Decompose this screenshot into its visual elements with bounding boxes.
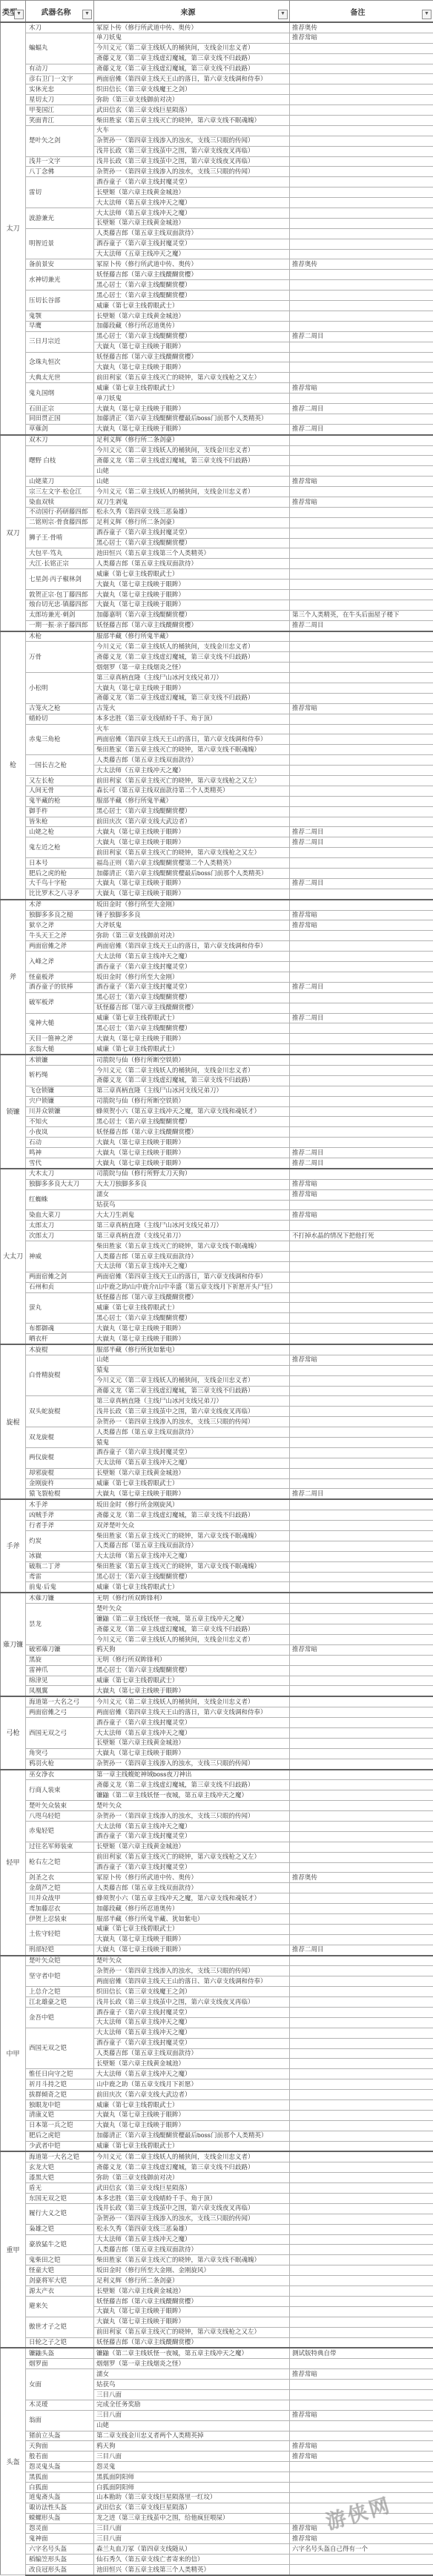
table-row: 鬼神大槌威廉（第七章主线碧眼武士）推荐二周目	[1, 1013, 433, 1023]
source-cell: 第三章真柄直隆（主线尸山冰河支线兄弟刀）	[94, 1396, 290, 1407]
table-row: 鬼左近之枪大嶽丸（第七章主线映于眼眸）推荐二周目	[1, 837, 433, 848]
table-row: 破军板斧黑心居士（第六章主线醍醐赏樱）	[1, 992, 433, 1003]
weapon-name-cell: 蜻蛉切	[26, 714, 94, 724]
note-cell	[290, 2214, 433, 2224]
note-cell	[290, 2028, 433, 2038]
note-cell	[290, 43, 433, 53]
table-row: 染血大菜刀大太刀生剥鬼推荐常暗	[1, 1210, 433, 1221]
weapon-name-cell: 角突弓	[26, 1748, 94, 1759]
source-cell: 妖怪藤吉郎（第六章主线醍醐赏樱）	[94, 1003, 290, 1013]
table-row: 大太刀大木太刀司箭院与仙（修行所野太刀天狗）	[1, 1169, 433, 1179]
source-cell: 大太法师（第五章主线冲天之魔）	[94, 1727, 290, 1738]
note-cell	[290, 2048, 433, 2059]
note-cell: 推荐二周目	[290, 331, 433, 342]
filter-dropdown-icon[interactable]: ▼	[278, 10, 288, 19]
table-row: 笑面青江柴田胜家（第五章主线灭亡的晓钟，第六章支线不眠魂魄）	[1, 116, 433, 126]
table-row: 大典太光世前田利家（第五章主线灭亡的晓钟，第六章支线枪之又左）	[1, 373, 433, 383]
source-cell: 大嶽丸（第七章主线映于眼眸）	[94, 1489, 290, 1499]
source-cell: 镰鼬（第二章主线妖怪一夜城，第五章主线冲天之魔）	[94, 2348, 290, 2358]
source-cell: 两面宿傩（第四章主线天王山的落日，第六章支线调和侍奉）	[94, 1707, 290, 1718]
note-cell	[290, 1572, 433, 1582]
table-row: 小松明第三章真柄直隆（主线尸山冰河支线兄弟刀）	[1, 673, 433, 683]
weapon-name-cell: 红蜘蛛	[26, 1189, 94, 1210]
source-cell: 杂贺孙一（第四章主线渗入的浊水，支线三只眼的传闻）	[94, 1759, 290, 1769]
source-cell: 大嶽丸（第七章主线映于眼眸）	[94, 1748, 290, 1759]
filter-dropdown-icon[interactable]: ▼	[82, 10, 92, 19]
source-cell: 长壁姬（第六章主线黄金城池）	[94, 2286, 290, 2297]
weapon-name-cell: 鬼神大槌	[26, 1013, 94, 1034]
weapon-name-cell: 鸢加藤忍衣	[26, 1904, 94, 1914]
note-cell	[290, 2017, 433, 2028]
table-row: 枭雄之铠松永久秀（第四章支线三恶枭雄）	[1, 2224, 433, 2234]
note-cell	[290, 2141, 433, 2151]
table-row: 烟罗面烟烟罗（第一章主线烟炎之怪）	[1, 2359, 433, 2369]
note-cell	[290, 2079, 433, 2090]
table-row: 牛头天王之斧弥助（第三章支线御前对决）	[1, 931, 433, 941]
source-cell: 坂田金时（修行所至大金刚、金刚旋风）	[94, 2265, 290, 2276]
source-cell: 加藤嘉明（第六章主线醍醐赏樱）	[94, 610, 290, 620]
table-row: 备前景安冢原卜传（修行所武道中传、奥传）推荐奥传	[1, 259, 433, 270]
source-cell: 濡女	[94, 1189, 290, 1200]
weapon-name-cell: 天目一箇神之斧	[26, 1034, 94, 1044]
source-cell: 人类藤吉郎（第五章主线双面款待）	[94, 755, 290, 766]
note-cell	[290, 1696, 433, 1707]
note-cell	[290, 1407, 433, 1417]
note-cell	[290, 714, 433, 724]
table-row: 凶贼手斧斋藤义龙（第二章主线虚幻魔城，第三章支线不归歧路）	[1, 1510, 433, 1521]
note-cell	[290, 2555, 433, 2565]
note-cell	[290, 301, 433, 311]
note-cell	[290, 2224, 433, 2234]
note-cell	[290, 1862, 433, 1873]
table-row: 六字名号头盔森兰丸血刀冢（第四章支线随从）六字名号头盔自己得有一个	[1, 2544, 433, 2555]
note-cell	[290, 84, 433, 95]
note-cell	[290, 2008, 433, 2018]
table-row: 东国无双之铠本多忠胜（第三章支线蜻蛉千手、角于顶）	[1, 2194, 433, 2204]
source-cell: 蜂须贺小六（第五章主线冲天之魔，第六章支线和魂妖才）	[94, 1893, 290, 1904]
header-source: 来源 ▼	[94, 1, 290, 23]
note-cell: 不打掉水晶的情况下把他打死	[290, 1231, 433, 1241]
note-cell	[290, 600, 433, 610]
weapon-name-cell: 八咫乌轻铠	[26, 1811, 94, 1822]
table-row: 道鬼斋头盔山本勘助（第三章支线巨星陨落里一红坟）	[1, 2492, 433, 2503]
source-cell: 人类藤吉郎（第五章主线双面款待）	[94, 1541, 290, 1551]
table-row: 天目一箇神之斧大嶽丸（第七章主线映于眼眸）	[1, 1034, 433, 1044]
filter-dropdown-icon[interactable]: ▼	[422, 10, 432, 19]
table-row: 少武者中铠威廉（第七章主线碧眼武士）	[1, 2141, 433, 2151]
note-cell	[290, 724, 433, 734]
table-row: 猿飞裂枪棍大嶽丸（第七章主线映于眼眸）推荐二周目	[1, 1489, 433, 1499]
table-row: 刑部轻铠大嶽丸（第七章主线映于眼眸）推荐二周目	[1, 1945, 433, 1955]
note-cell	[290, 1427, 433, 1438]
source-cell: 大嶽丸（第七章主线映于眼眸）	[94, 878, 290, 889]
source-cell: 斋藤义龙（第二章主线虚幻魔城，第三章支线不归歧路）	[94, 2162, 290, 2173]
type-cell: 头盔	[1, 2348, 26, 2575]
weapon-name-cell: 凤凰翼	[26, 1686, 94, 1696]
table-row: 黑旋无明（修行所双眸锋利）	[1, 1655, 433, 1665]
source-cell: 人类藤吉郎（第五章主线双面款待）	[94, 2245, 290, 2255]
note-cell	[290, 2255, 433, 2265]
weapon-name-cell: 实休光忠	[26, 84, 94, 95]
table-row: 晒衣杆大嶽丸（第七章主线映于眼眸）	[1, 1334, 433, 1344]
note-cell	[290, 1883, 433, 1893]
table-row: 怨灵鬼头盔怨灵鬼	[1, 2462, 433, 2472]
source-cell: 黑心居士（第六章主线醍醐赏樱）	[94, 1117, 290, 1127]
note-cell: 推荐常暗	[290, 920, 433, 931]
weapon-name-cell: 狱卒之斧	[26, 920, 94, 931]
table-row: 三日月宗近黑心居士（第六章主线醍醐赏樱）推荐二周目	[1, 331, 433, 342]
table-row: 避来矢妖怪藤吉郎（第六章主线醍醐赏樱）	[1, 2296, 433, 2306]
source-cell: 威廉（第七章主线碧眼武士）	[94, 569, 290, 580]
source-cell: 杂贺孙一（第四章主线渗入的浊水，支线三只眼的传闻）	[94, 167, 290, 177]
weapon-name-cell: 肥后之虎的枪	[26, 869, 94, 879]
note-cell	[290, 1561, 433, 1572]
table-row: 前鬼·后鬼威廉（第七章主线碧眼武士）	[1, 1582, 433, 1593]
table-row: 独脚多多良之槌锤子独脚多多良推荐常暗	[1, 910, 433, 920]
source-cell: 斋藤义龙（第二章主线虚幻魔城，第三章支线不归歧路）	[94, 53, 290, 64]
source-cell: 两面宿傩（第四章主线天王山的落日，第六章支线调和侍奉）	[94, 1272, 290, 1282]
note-cell	[290, 1251, 433, 1261]
source-cell: 斋藤义龙（第二章主线虚幻魔城，第三章支线不归歧路）	[94, 64, 290, 74]
header-type: 类型 ▼	[1, 1, 26, 23]
source-cell: 火车	[94, 724, 290, 734]
source-cell: 人类藤吉郎（第五章主线双面款待）	[94, 1883, 290, 1893]
weapon-name-cell: 冰嶽	[26, 1551, 94, 1561]
weapon-name-cell: 木薙刀镰	[26, 1593, 94, 1603]
note-cell	[290, 745, 433, 755]
note-cell	[290, 693, 433, 703]
table-row: 剑圣之衣冢原卜传（修行所武道中传、奥传）推荐奥传	[1, 1873, 433, 1883]
note-cell: 推荐二周目	[290, 1158, 433, 1168]
note-cell	[290, 1821, 433, 1831]
weapon-name-cell: 曙野 白枝	[26, 445, 94, 477]
source-cell: 酒吞童子（第六章主线封魔灵堂）	[94, 1447, 290, 1458]
table-row: 水神切兼光妖怪藤吉郎（第六章主线醍醐赏樱）	[1, 270, 433, 280]
note-cell	[290, 972, 433, 982]
source-cell: 无明（修行所双眸锋利）	[94, 1655, 290, 1665]
table-row: 同田贯正国加藤清正（第六章主线醍醐赏樱最后boss门前那个人类精英）	[1, 414, 433, 424]
weapon-name-cell: 两面宿傩之剑	[26, 1272, 94, 1282]
weapon-name-cell: 漆黑大铠	[26, 2173, 94, 2183]
note-cell	[290, 2203, 433, 2214]
source-cell: 烟烟罗（第一章主线烟炎之怪）	[94, 2359, 290, 2369]
table-row: 狮子王·骨啃酒吞童子（第六章主线封魔灵堂）	[1, 528, 433, 538]
note-cell	[290, 755, 433, 766]
weapon-name-cell: 比比罗木之八寻矛	[26, 889, 94, 899]
source-cell: 斋藤义龙（第二章主线虚幻魔城，第三章支线不归歧路）	[94, 693, 290, 703]
note-cell	[290, 1510, 433, 1521]
note-cell	[290, 848, 433, 858]
table-row: 盾无武田信玄（第三章支线巨星陨落）	[1, 2183, 433, 2194]
weapon-name-cell: 草薙剑	[26, 424, 94, 434]
table-row: 小夜岚妖怪藤吉郎（第六章主线醍醐赏樱）	[1, 1127, 433, 1138]
table-row: 神威柴田胜家（第五章主线灭亡的晓钟，第六章支线不眠魂魄）	[1, 1241, 433, 1252]
weapon-name-cell: 小夜岚	[26, 1127, 94, 1138]
source-cell: 妖怪藤吉郎（第六章主线醍醐赏樱）	[94, 1292, 290, 1303]
table-row: 伊贺上忍装束服部半藏（修行所鬼半藏、犹如紫电）	[1, 1913, 433, 1924]
weapon-name-cell: 祈月斗持之铠	[26, 2079, 94, 2090]
source-cell: 织田信长（第三章支线魔王之剑）	[94, 84, 290, 95]
table-row: 山姥菜刀山姥推荐常暗	[1, 477, 433, 487]
weapon-name-cell: 敦贺正宗·包丁藤四郎	[26, 589, 94, 600]
table-row: 万骨今川义元（第二章主线妖人的桶狭间，支线金川忠义者）	[1, 642, 433, 652]
note-cell	[290, 2482, 433, 2492]
table-row: 诹访法性头盔武田信玄（第三章支线巨星陨落）	[1, 2503, 433, 2513]
source-cell: 大太法师（第五章主线冲天之魔）	[94, 2069, 290, 2079]
note-cell: 推荐常暗	[290, 383, 433, 394]
weapon-name-cell: 次郎太刀	[26, 1231, 94, 1241]
note-cell	[290, 858, 433, 869]
table-row: 坚守者中铠杂贺孙一（第四章主线渗入的浊水，支线三只眼的传闻）	[1, 1966, 433, 1976]
source-cell: 坂田金时（修行所金刚旋风）	[94, 1499, 290, 1510]
table-row: 人间无骨森长可（第五章主线双面款待第二个人类精英）	[1, 786, 433, 796]
note-cell	[290, 1997, 433, 2008]
source-cell: 三目八面	[94, 2451, 290, 2462]
source-cell: 三目八面	[94, 2410, 290, 2420]
weapon-name-cell: 太郎坊兼光·刺剑	[26, 610, 94, 620]
header-weapon-name-label: 武器名称	[42, 9, 71, 17]
weapon-name-cell: 大典太光世	[26, 373, 94, 383]
note-cell	[290, 1221, 433, 1231]
note-cell	[290, 1759, 433, 1769]
table-row: 破邪薙刀镰鸦天狗推荐常暗	[1, 1644, 433, 1655]
table-row: 星切太刀弥助（第三章支线御前对决）	[1, 95, 433, 105]
source-cell: 今川义元（第二章主线妖人的桶狭间，支线金川忠义者）	[94, 1634, 290, 1644]
source-cell: 大太法师（第五章主线冲天之魔）	[94, 1551, 290, 1561]
table-row: 西国无双之弓酒吞童子（第六章主线封魔灵堂）	[1, 1718, 433, 1728]
source-cell: 大嶽丸（第七章主线映于眼眸）	[94, 889, 290, 899]
weapon-name-cell: 狮子王·骨啃	[26, 528, 94, 548]
table-row: 旋棍木旋棍服部半藏（修行所犹如紫电）	[1, 1344, 433, 1355]
source-cell: 妖怪藤吉郎（第六章主线醍醐赏樱）	[94, 2296, 290, 2306]
weapon-name-cell: 双木刀	[26, 435, 94, 445]
source-cell: 大嶽丸（第七章主线映于眼眸）	[94, 1945, 290, 1955]
table-row: 天狗面鸦天狗推荐常暗	[1, 2441, 433, 2451]
note-cell: 推荐奥传	[290, 22, 433, 33]
table-row: 太刀木刀冢原卜传（修行所武道中传、奥传）推荐奥传	[1, 22, 433, 33]
note-cell	[290, 1521, 433, 1531]
source-cell: 酒吞童子（第六章主线封魔灵堂）	[94, 2008, 290, 2018]
source-cell: 威廉（第七章主线碧眼武士）	[94, 301, 290, 311]
note-cell	[290, 1904, 433, 1914]
table-row: 鬼颚长壁姬（第六章主线黄金城池）	[1, 311, 433, 321]
note-cell	[290, 1044, 433, 1055]
note-cell	[290, 931, 433, 941]
weapon-name-cell: 诹访法性头盔	[26, 2503, 94, 2513]
table-row: 独脚多多良大太刀大太刀独脚多多良推荐常暗	[1, 1179, 433, 1189]
weapon-name-cell: 履行大义之铠	[26, 2203, 94, 2224]
table-row: 两仪旋棍酒吞童子（第六章主线封魔灵堂）	[1, 1447, 433, 1458]
source-cell: 第三章真柄直隆（主线尸山冰河支线兄弟刀）	[94, 673, 290, 683]
weapon-name-cell: 却邪旋棍	[26, 1468, 94, 1478]
note-cell	[290, 1582, 433, 1593]
table-row: 剑豪将军大铠足利义辉（修行所二条剑豪）	[1, 2276, 433, 2286]
note-cell	[290, 146, 433, 156]
note-cell: 推荐常暗	[290, 2451, 433, 2462]
filter-dropdown-icon[interactable]: ▼	[14, 10, 24, 19]
table-row: 枪木枪服部半藏（修行所鬼半藏）	[1, 631, 433, 642]
source-cell: 酒吞童子（第六章主线封魔灵堂）	[94, 239, 290, 249]
weapon-name-cell: 石动	[26, 1138, 94, 1148]
note-cell	[290, 786, 433, 796]
note-cell: 推荐常暗	[290, 1189, 433, 1200]
table-row: 两面宿傩之剑两面宿傩（第四章主线天王山的落日，第六章支线调和侍奉）	[1, 1272, 433, 1282]
source-cell: 镰鼬（第二章主线妖怪一夜城，第五章主线冲天之魔）	[94, 1614, 290, 1624]
source-cell: 第一章主线蝮蛇神域boss夜刀神出	[94, 1770, 290, 1780]
weapon-name-cell: 肥后之虎铠	[26, 2131, 94, 2141]
table-row: 七星剑·丙子椒林剑威廉（第七章主线碧眼武士）	[1, 569, 433, 580]
weapon-name-cell: 大木太刀	[26, 1169, 94, 1179]
table-row: 大江·长铭正宗人类藤吉郎（第五章主线双面款待）	[1, 559, 433, 569]
weapon-name-cell: 两仪旋棍	[26, 1447, 94, 1468]
weapon-name-cell: 金葫芦之铠	[26, 1883, 94, 1893]
table-row: 过往名军师装束长壁姬（第六章主线黄金城池）	[1, 1842, 433, 1852]
note-cell	[290, 1417, 433, 1427]
table-row: 独眼龙中铠威廉（第七章主线碧眼武士）	[1, 2100, 433, 2111]
weapon-name-cell: 雪代	[26, 1158, 94, 1168]
note-cell	[290, 321, 433, 331]
source-cell: 酒吞童子（第六章主线封魔灵堂）	[94, 1718, 290, 1728]
source-cell: 两面宿傩（第四章主线天王山的落日，第六章支线调和侍奉）	[94, 74, 290, 84]
source-cell: 大嶽丸（第七章主线映于眼眸）	[94, 827, 290, 837]
source-cell: 酒吞童子（第六章主线封魔灵堂）	[94, 528, 290, 538]
source-cell: 第三章真柄直澄（支线兄弟刀）	[94, 1231, 290, 1241]
weapon-name-cell: 皆朱枪	[26, 817, 94, 827]
note-cell	[290, 2265, 433, 2276]
note-cell	[290, 2069, 433, 2079]
note-cell	[290, 1614, 433, 1624]
source-cell: 威廉（第七章主线碧眼武士）	[94, 1478, 290, 1489]
note-cell: 推荐二周目	[290, 620, 433, 631]
note-cell	[290, 1375, 433, 1386]
source-cell: 浅井长政（第三章主线茧中之围，第六章支线夜叉再临）	[94, 2203, 290, 2214]
source-cell: 威廉（第七章主线碧眼武士）	[94, 2141, 290, 2151]
type-cell: 双刀	[1, 435, 26, 631]
note-cell: 推荐二周目	[290, 837, 433, 848]
weapon-name-cell: 木手斧	[26, 1499, 94, 1510]
type-cell: 太刀	[1, 22, 26, 435]
note-cell	[290, 311, 433, 321]
table-row: 鸢雷黑心居士（第六章主线醍醐赏樱）	[1, 1572, 433, 1582]
weapon-name-cell: 斩朽绳	[26, 1065, 94, 1086]
source-cell: 人类藤吉郎（第五章主线双面款待）	[94, 559, 290, 569]
table-row: 太郎太刀第三章真柄直隆（主线尸山冰河支线兄弟刀）	[1, 1221, 433, 1231]
source-cell: 柴田胜家（第五章主线灭亡的晓钟，第六章支线不眠魂魄）	[94, 745, 290, 755]
source-cell: 长壁姬（第六章主线黄金城池）	[94, 2059, 290, 2069]
note-cell	[290, 1292, 433, 1303]
table-row: 金吾中铠酒吞童子（第六章主线封魔灵堂）	[1, 2008, 433, 2018]
source-cell: 黑心居士（第六章主线醍醐赏樱）	[94, 538, 290, 548]
source-cell: 大嶽丸（第七章主线映于眼眸）	[94, 1686, 290, 1696]
table-row: 傲世才子之铠大嶽丸（第七章主线映于眼眸）	[1, 2317, 433, 2327]
note-cell	[290, 1780, 433, 1790]
note-cell	[290, 177, 433, 187]
note-cell	[290, 2420, 433, 2431]
source-cell: 黑心居士（第六章主线醍醐赏樱）	[94, 1572, 290, 1582]
source-cell: 大嶽丸（第七章主线映于眼眸）	[94, 362, 290, 373]
source-cell: 长壁姬（第六章主线黄金城池）	[94, 1468, 290, 1478]
source-cell: 杂贺孙一（第四章主线渗入的浊水，支线三只眼的传闻）	[94, 1966, 290, 1976]
note-cell: 测试版特典自带	[290, 2348, 433, 2358]
note-cell	[290, 2503, 433, 2513]
table-row: 念珠丸恒次妖怪藤吉郎（第六章主线醍醐赏樱）	[1, 352, 433, 362]
weapon-name-cell: 一期一振·亲子藤四郎	[26, 620, 94, 631]
note-cell	[290, 136, 433, 146]
weapon-name-cell: 傲世才子之铠	[26, 2317, 94, 2337]
note-cell	[290, 198, 433, 208]
type-cell: 斧	[1, 900, 26, 1055]
table-row: 赤鬼三角枪火车	[1, 724, 433, 734]
table-row: 灼炭柴田胜家（第五章主线灭亡的晓钟，第六章支线不眠魂魄）	[1, 1531, 433, 1541]
table-row: 黑狐面黑狐面阴阳师	[1, 2472, 433, 2483]
source-cell: 浅井长政（第三章主线茧中之围，第六章支线夜叉再临）	[94, 1997, 290, 2008]
weapon-name-cell: 御手杵	[26, 806, 94, 817]
source-cell: 威廉（第七章主线碧眼武士）	[94, 1676, 290, 1686]
table-row: 早鹰加藤段藏（修行所忍道奥传）	[1, 321, 433, 331]
table-row: 雷神爪黑心居士（第六章主线醍醐赏樱）	[1, 1665, 433, 1676]
note-cell: 第三个人类精英，在牛头后面屋子楼下	[290, 610, 433, 620]
weapon-name-cell: 怨灵鬼头盔	[26, 2462, 94, 2472]
table-row: 双头蛇旋棍第三章真柄直隆（主线尸山冰河支线兄弟刀）	[1, 1396, 433, 1407]
note-cell	[290, 1055, 433, 1065]
weapon-name-cell: 西国无双之铠	[26, 2028, 94, 2069]
note-cell	[290, 642, 433, 652]
weapon-name-cell: 压切长谷部	[26, 291, 94, 311]
source-cell: 司箭院与仙（修行所断空铁锁）	[94, 1055, 290, 1065]
table-row: 彦右卫门一文字两面宿傩（第四章主线天王山的落日，第六章支线调和侍奉）	[1, 74, 433, 84]
source-cell: 妖怪藤吉郎（第六章主线醍醐赏樱）	[94, 620, 290, 631]
weapon-name-cell: 白骨精旋棍	[26, 1355, 94, 1396]
note-cell	[290, 2100, 433, 2111]
table-row: 大包平·笃丸池田恒兴（第五章主线第三个人类精英）	[1, 548, 433, 559]
table-row: 御手杵黑心居士（第六章主线醍醐赏樱）	[1, 806, 433, 817]
weapon-name-cell: 山姥之枪	[26, 827, 94, 837]
note-cell	[290, 64, 433, 74]
weapon-name-cell: 鸦羽火枪	[26, 1759, 94, 1769]
source-cell: 加藤清正（第六章主线醍醐赏樱最后boss门前那个人类精英）	[94, 414, 290, 424]
note-cell	[290, 1956, 433, 1966]
note-cell	[290, 2317, 433, 2327]
source-cell: 三目八面	[94, 2523, 290, 2534]
table-row: 草薙剑大嶽丸（第七章主线映于眼眸）推荐二周目	[1, 424, 433, 434]
source-cell: 斋藤义龙（第二章主线虚幻魔城，第三章支线不归歧路）	[94, 1075, 290, 1086]
weapon-name-cell: 昙龙	[26, 1604, 94, 1645]
note-cell	[290, 1106, 433, 1117]
source-cell: 柴田胜家（第五章主线灭亡的晓钟，第六章支线不眠魂魄）	[94, 1531, 290, 1541]
source-cell: 妖怪藤吉郎（第六章主线醍醐赏樱）	[94, 352, 290, 362]
source-cell: 威廉（第七章主线碧眼武士）	[94, 1303, 290, 1313]
note-cell: 推荐二周目	[290, 1489, 433, 1499]
note-cell: 推荐二周目	[290, 1148, 433, 1158]
weapon-name-cell: 剑豪将军大铠	[26, 2276, 94, 2286]
weapon-name-cell: 鬼神面	[26, 2534, 94, 2544]
source-cell: 楚叶矢众	[94, 1956, 290, 1966]
note-cell	[290, 2359, 433, 2369]
weapon-name-cell: 两面宿傩之斧	[26, 941, 94, 952]
source-cell: 黑心居士（第六章主线醍醐赏樱）	[94, 291, 290, 301]
note-cell	[290, 2296, 433, 2306]
weapon-name-cell: 拔群倾奇之铠	[26, 2090, 94, 2100]
type-cell: 手斧	[1, 1499, 26, 1593]
table-row: 重甲海道第一大名之铠今川义元（第二章主线妖人的桶狭间，支线金川忠义者）	[1, 2151, 433, 2162]
source-cell: 杂贺孙一（第四章主线渗入的浊水，支线三只眼的传闻）	[94, 1811, 290, 1822]
note-cell	[290, 1386, 433, 1396]
note-cell	[290, 683, 433, 694]
source-cell: 大嶽丸（第七章主线映于眼眸）	[94, 403, 290, 414]
table-row: 日轮之子之铠妖怪藤吉郎（第六章主线醍醐赏樱）	[1, 2337, 433, 2348]
note-cell: 推荐常暗	[290, 2369, 433, 2380]
note-cell	[290, 2151, 433, 2162]
